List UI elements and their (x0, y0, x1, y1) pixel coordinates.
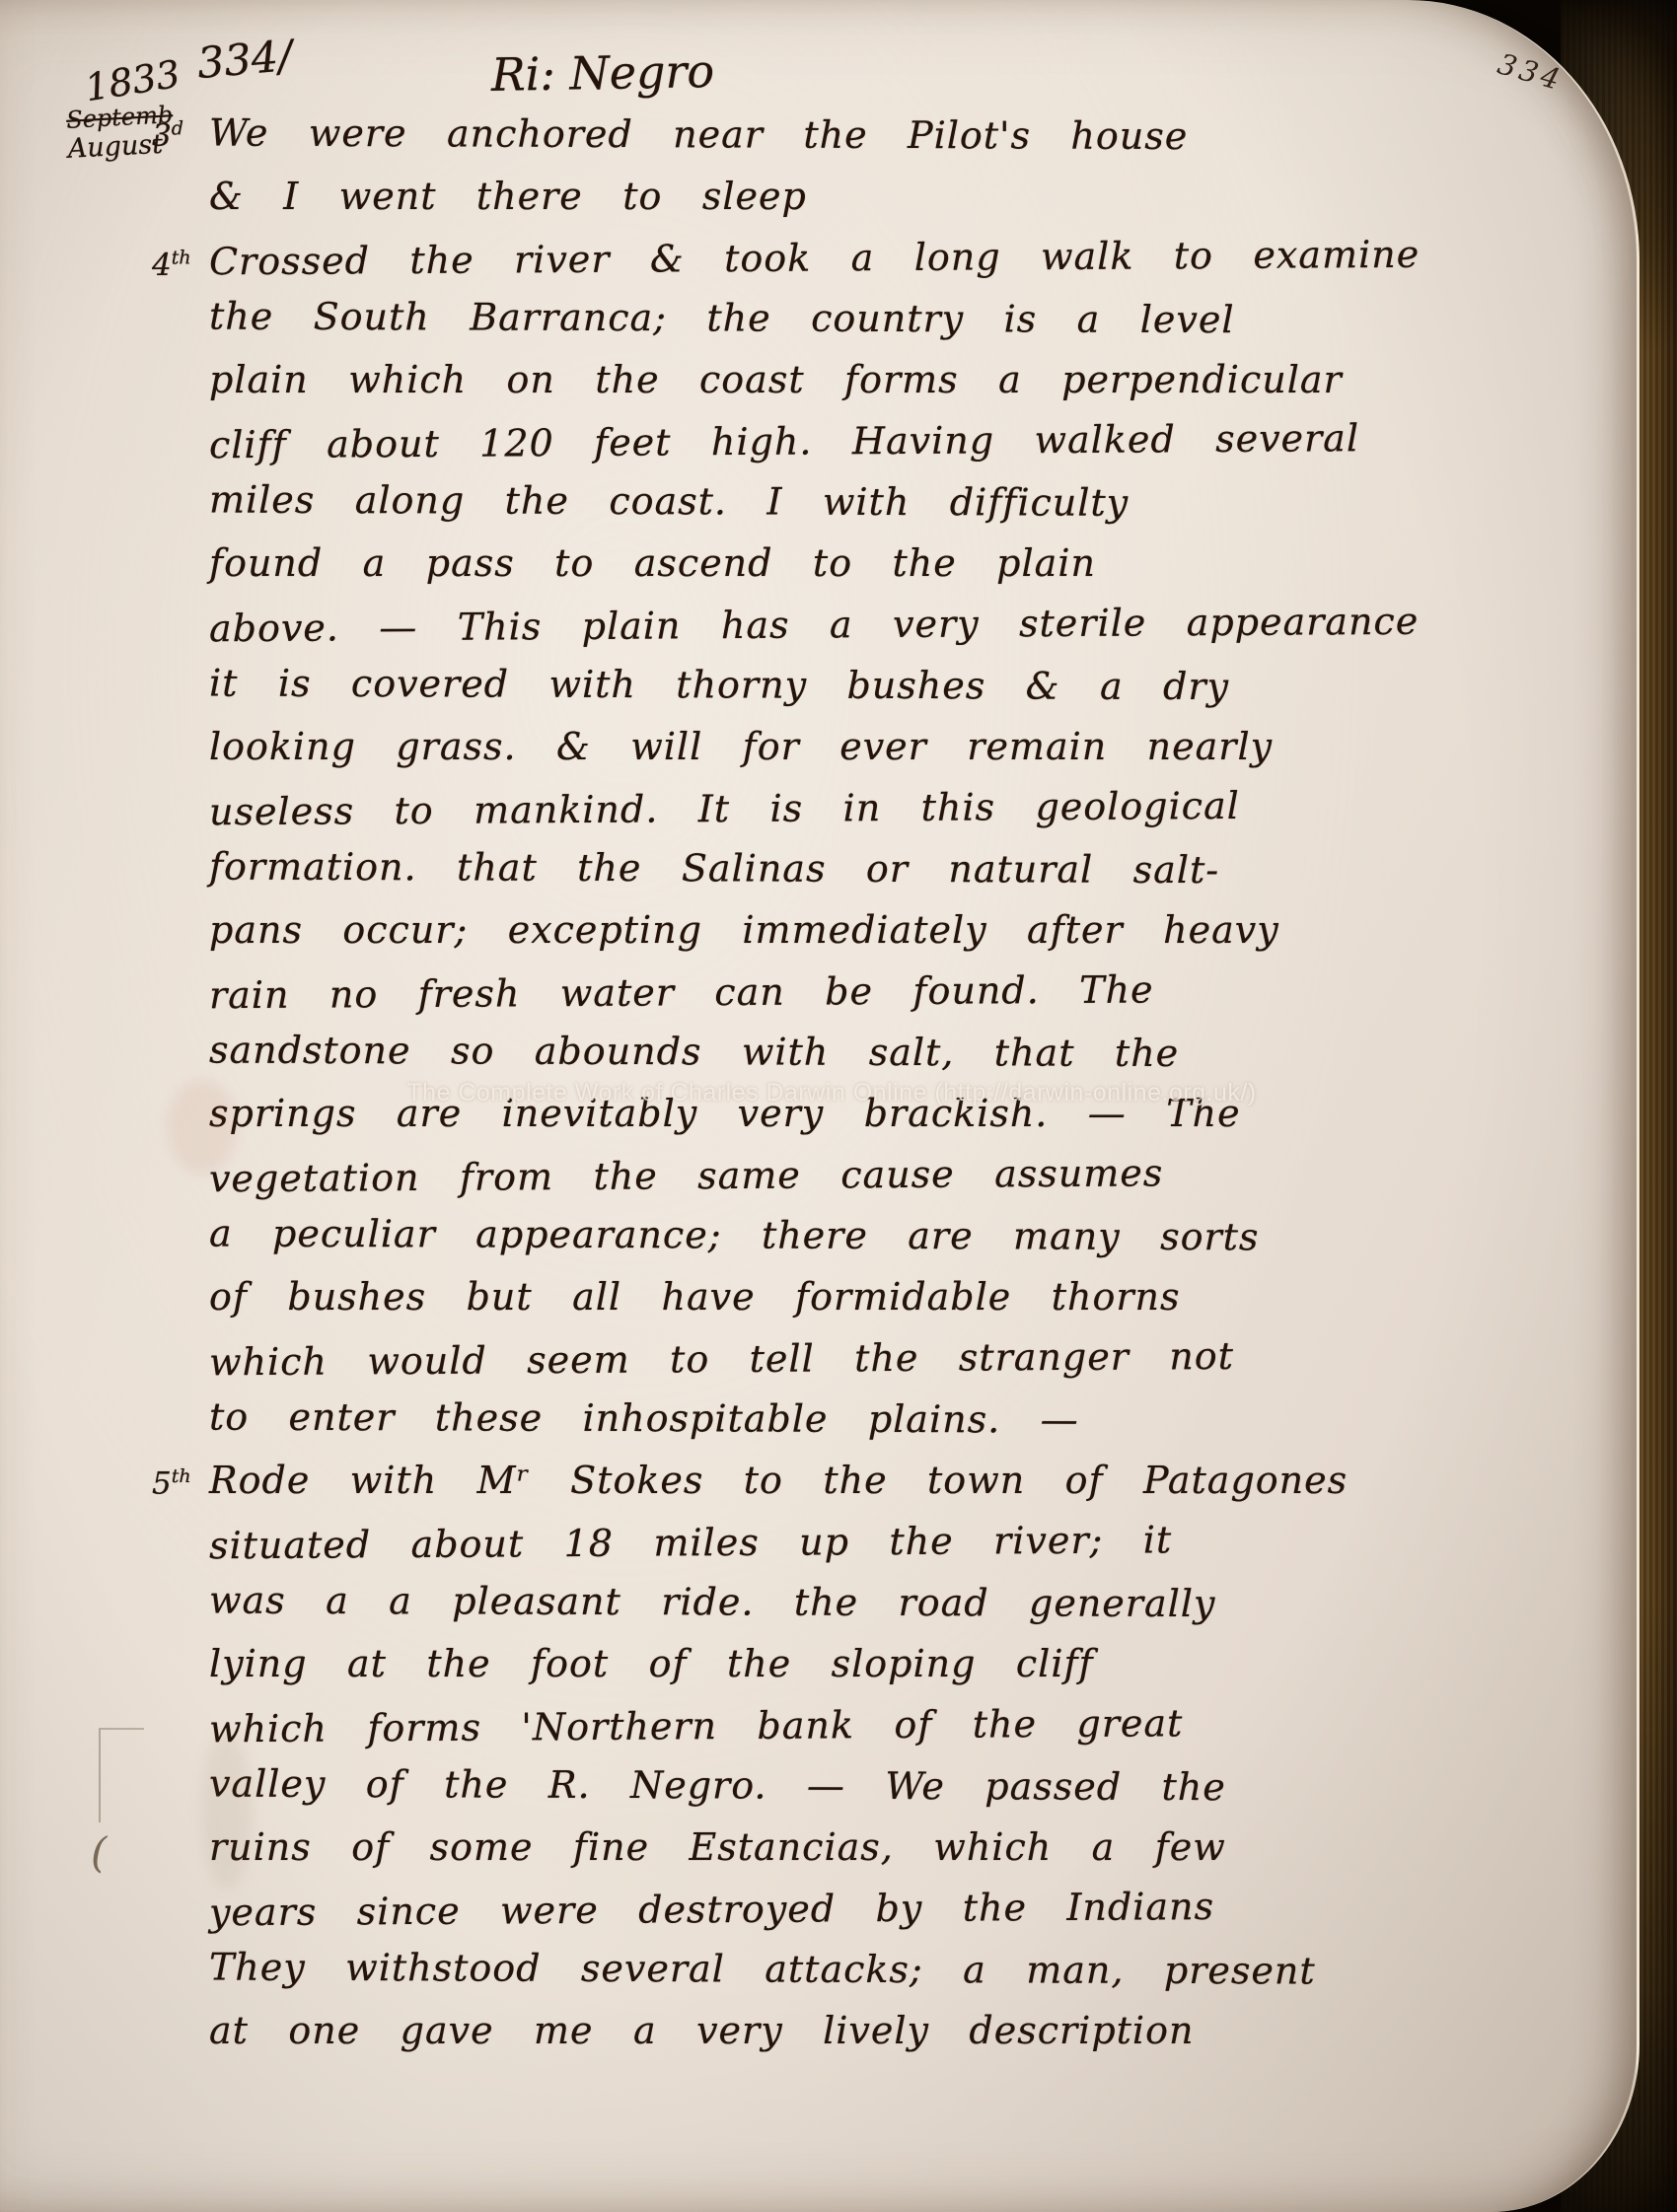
manuscript-line-text: years since were destroyed by the Indian… (209, 1885, 1214, 1934)
diary-page: 1833 334/ Ri: Negro 334 Septemb August 3… (0, 0, 1640, 2212)
manuscript-line-text: it is covered with thorny bushes & a dry (209, 662, 1229, 709)
manuscript-line: above. — This plain has a very sterile a… (209, 590, 1590, 660)
manuscript-line-text: at one gave me a very lively description (209, 2009, 1194, 2052)
manuscript-line: 4thCrossed the river & took a long walk … (209, 223, 1590, 293)
manuscript-line-text: We were anchored near the Pilot's house (209, 111, 1188, 158)
manuscript-line: & I went there to sleep (209, 166, 1590, 227)
manuscript-line-text: to enter these inhospitable plains. — (209, 1395, 1079, 1442)
entry-day-label: 3d (152, 98, 183, 166)
manuscript-line: a peculiar appearance; there are many so… (209, 1203, 1590, 1269)
manuscript-line-text: cliff about 120 feet high. Having walked… (209, 416, 1359, 466)
manuscript-line-text: vegetation from the same cause assumes (209, 1151, 1164, 1200)
manuscript-text: 3dWe were anchored near the Pilot's hous… (209, 105, 1590, 2061)
manuscript-line-text: which would seem to tell the stranger no… (209, 1334, 1234, 1384)
manuscript-line: formation. that the Salinas or natural s… (209, 836, 1590, 902)
margin-pencil-mark: ( (91, 1822, 108, 1884)
entry-day-suffix: th (172, 247, 191, 268)
manuscript-line-text: formation. that the Salinas or natural s… (209, 845, 1219, 892)
manuscript-line-text: was a a pleasant ride. the road generall… (209, 1579, 1216, 1626)
manuscript-line-text: found a pass to ascend to the plain (209, 541, 1096, 585)
page-title: Ri: Negro (491, 42, 818, 102)
manuscript-line-text: valley of the R. Negro. — We passed the (209, 1762, 1226, 1810)
photo-of-diary-page: { "photo": { "paper_color": "#e8ded3", "… (0, 0, 1677, 2212)
manuscript-line: the South Barranca; the country is a lev… (209, 286, 1590, 352)
manuscript-line: lying at the foot of the sloping cliff (209, 1633, 1590, 1694)
manuscript-line-text: plain which on the coast forms a perpend… (209, 358, 1343, 401)
manuscript-line: useless to mankind. It is in this geolog… (209, 773, 1590, 843)
manuscript-line-text: ruins of some fine Estancias, which a fe… (209, 1825, 1226, 1869)
entry-day-label: 5th (152, 1446, 191, 1514)
manuscript-line-text: useless to mankind. It is in this geolog… (209, 784, 1240, 833)
manuscript-line-text: of bushes but all have formidable thorns (209, 1275, 1180, 1319)
manuscript-line-text: Crossed the river & took a long walk to … (209, 233, 1420, 283)
manuscript-line: which would seem to tell the stranger no… (209, 1323, 1590, 1393)
manuscript-line: plain which on the coast forms a perpend… (209, 349, 1590, 410)
manuscript-line: 5thRode with Mʳ Stokes to the town of Pa… (209, 1450, 1590, 1511)
manuscript-line-text: a peculiar appearance; there are many so… (209, 1212, 1260, 1259)
entry-day-number: 5 (152, 1465, 172, 1501)
pencil-bracket-mark (99, 1728, 144, 1822)
manuscript-line: of bushes but all have formidable thorns (209, 1266, 1590, 1327)
entry-day-number: 4 (152, 248, 172, 283)
manuscript-line: (ruins of some fine Estancias, which a f… (209, 1817, 1590, 1878)
manuscript-line-text: sandstone so abounds with salt, that the (209, 1029, 1179, 1075)
manuscript-line-text: lying at the foot of the sloping cliff (209, 1642, 1094, 1685)
manuscript-line: was a a pleasant ride. the road generall… (209, 1570, 1590, 1636)
manuscript-line: vegetation from the same cause assumes (209, 1140, 1590, 1210)
manuscript-line: valley of the R. Negro. — We passed the (209, 1753, 1590, 1820)
manuscript-line-text: & I went there to sleep (209, 175, 807, 218)
manuscript-line-text: the South Barranca; the country is a lev… (209, 295, 1235, 342)
manuscript-line-text: which forms 'Northern bank of the great (209, 1701, 1184, 1750)
manuscript-line: which forms 'Northern bank of the great (209, 1690, 1590, 1760)
manuscript-line: 3dWe were anchored near the Pilot's hous… (209, 103, 1590, 169)
entry-day-suffix: th (172, 1465, 191, 1487)
manuscript-line-text: Rode with Mʳ Stokes to the town of Patag… (209, 1459, 1348, 1502)
manuscript-line-text: springs are inevitably very brackish. — … (209, 1092, 1241, 1135)
corner-page-number: 334 (1495, 46, 1568, 97)
paper-stain (168, 1080, 237, 1174)
manuscript-line: years since were destroyed by the Indian… (209, 1874, 1590, 1944)
manuscript-line: rain no fresh water can be found. The (209, 957, 1590, 1027)
manuscript-line-text: above. — This plain has a very sterile a… (209, 600, 1419, 650)
written-page-number: 334/ (195, 32, 295, 89)
entry-day-label: 4th (152, 227, 191, 296)
manuscript-line: sandstone so abounds with salt, that the (209, 1020, 1590, 1086)
manuscript-line-text: They withstood several attacks; a man, p… (209, 1946, 1316, 1993)
manuscript-line: looking grass. & will for ever remain ne… (209, 716, 1590, 777)
manuscript-line: They withstood several attacks; a man, p… (209, 1937, 1590, 2003)
manuscript-line: to enter these inhospitable plains. — (209, 1387, 1590, 1453)
manuscript-line: situated about 18 miles up the river; it (209, 1507, 1590, 1577)
manuscript-line-text: miles along the coast. I with difficulty (209, 478, 1129, 525)
manuscript-line-text: pans occur; excepting immediately after … (209, 908, 1279, 952)
manuscript-line: it is covered with thorny bushes & a dry (209, 653, 1590, 719)
entry-day-suffix: d (172, 117, 183, 139)
manuscript-line-text: situated about 18 miles up the river; it (209, 1518, 1172, 1567)
manuscript-line: found a pass to ascend to the plain (209, 533, 1590, 594)
manuscript-line-text: looking grass. & will for ever remain ne… (209, 725, 1273, 768)
manuscript-line: miles along the coast. I with difficulty (209, 469, 1590, 535)
manuscript-line: at one gave me a very lively description (209, 2000, 1590, 2061)
paper-stain (202, 1731, 252, 1889)
manuscript-line: cliff about 120 feet high. Having walked… (209, 406, 1590, 476)
manuscript-line-text: rain no fresh water can be found. The (209, 967, 1154, 1017)
manuscript-line: pans occur; excepting immediately after … (209, 899, 1590, 961)
manuscript-line: springs are inevitably very brackish. — … (209, 1083, 1590, 1144)
entry-day-number: 3 (152, 118, 172, 154)
